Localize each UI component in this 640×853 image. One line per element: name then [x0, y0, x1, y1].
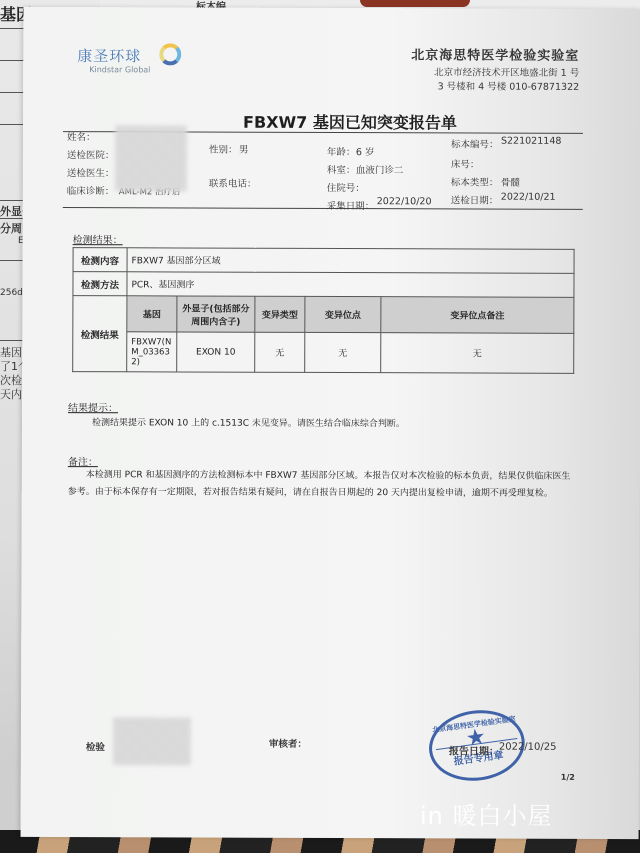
table-row: FBXW7(NM_033632) EXON 10 无 无 无	[73, 332, 574, 374]
notes-line-2: 参考。由于标本保存有一定期限，若对报告结果有疑问，请在自报告日期起的 20 天内…	[68, 484, 553, 503]
specimen-type-label: 标本类型：	[451, 174, 499, 188]
method-label: 检测方法	[73, 272, 127, 296]
red-object	[360, 0, 470, 7]
specimen-no-value: S221021148	[501, 136, 561, 147]
phone-label: 联系电话：	[209, 176, 257, 190]
logo-cn: 康圣环球	[77, 45, 150, 66]
submit-date-value: 2022/10/21	[501, 192, 556, 203]
watermark: in 暖白小屋	[420, 796, 553, 831]
report-date-label: 报告日期：	[449, 742, 499, 757]
notes-label: 备注：	[68, 453, 98, 468]
result-label: 检测结果	[73, 296, 127, 372]
hospital-label: 送检医院：	[67, 147, 115, 161]
results-section-label: 检测结果：	[73, 231, 123, 246]
specimen-type-value: 骨髓	[501, 175, 520, 189]
column-header: 变异类型	[255, 296, 305, 332]
name-label: 姓名：	[67, 129, 96, 143]
collect-date-label: 采集日期：	[327, 198, 375, 212]
age-value: 6 岁	[356, 144, 375, 158]
report-paper: 康圣环球 Kindstar Global 北京海思特医学检验实验室 北京市经济技…	[21, 7, 640, 839]
department-value: 血液门诊二	[356, 162, 404, 176]
table-row: 检测内容 FBXW7 基因部分区域	[73, 248, 574, 274]
logo-ring-icon	[159, 43, 181, 65]
variant-type-cell: 无	[255, 332, 305, 372]
table-row: 检测方法 PCR、基因测序	[73, 272, 574, 298]
gender-label: 性别：	[209, 142, 238, 156]
content-value: FBXW7 基因部分区域	[127, 248, 574, 274]
bed-label: 床号：	[451, 156, 480, 170]
company-logo: 康圣环球 Kindstar Global	[77, 45, 150, 74]
notes-line-1: 本检测用 PCR 和基因测序的方法检测标本中 FBXW7 基因部分区域。本报告仅…	[86, 467, 571, 486]
reviewer-label: 审核者：	[269, 736, 307, 750]
column-header: 基因	[127, 296, 177, 332]
column-header: 变异位点备注	[381, 297, 574, 334]
tester-label: 检验	[86, 739, 105, 753]
gender-value: 男	[239, 142, 249, 156]
inpatient-label: 住院号：	[327, 180, 365, 194]
variant-site-cell: 无	[305, 332, 381, 372]
doctor-label: 送检医生：	[67, 165, 115, 179]
method-value: PCR、基因测序	[127, 272, 574, 298]
lab-info: 北京海思特医学检验实验室 北京市经济技术开区地盛北街 1 号 3 号楼和 4 号…	[411, 44, 579, 95]
conclusion-text: 检测结果提示 EXON 10 上的 c.1513C 未见变异。请医生结合临床综合…	[92, 415, 405, 433]
lab-name: 北京海思特医学检验实验室	[411, 44, 579, 64]
department-label: 科室：	[327, 162, 356, 176]
variant-note-cell: 无	[381, 333, 574, 374]
age-label: 年龄：	[327, 144, 356, 158]
report-title: FBXW7 基因已知突变报告单	[243, 110, 457, 134]
submit-date-label: 送检日期：	[451, 192, 499, 206]
logo-en: Kindstar Global	[89, 65, 150, 74]
exon-cell: EXON 10	[177, 332, 255, 372]
gene-cell: FBXW7(NM_033632)	[127, 332, 177, 372]
column-header: 外显子(包括部分周围内含子)	[177, 296, 255, 332]
page-number: 1/2	[561, 773, 575, 782]
divider	[63, 207, 583, 210]
lab-address-1: 北京市经济技术开区地盛北街 1 号	[411, 66, 579, 81]
conclusion-label: 结果提示：	[68, 399, 118, 414]
diagnosis-label: 临床诊断：	[67, 183, 115, 197]
redacted-area	[115, 125, 187, 191]
results-table: 检测内容 FBXW7 基因部分区域 检测方法 PCR、基因测序 检测结果 基因 …	[72, 247, 574, 374]
content-label: 检测内容	[73, 248, 127, 272]
table-header-row: 检测结果 基因 外显子(包括部分周围内含子) 变异类型 变异位点 变异位点备注	[73, 296, 574, 334]
lab-address-2: 3 号楼和 4 号楼 010-67871322	[411, 80, 579, 95]
collect-date-value: 2022/10/20	[377, 196, 432, 207]
redacted-signature	[113, 717, 191, 765]
specimen-no-label: 标本编号：	[451, 136, 499, 150]
report-date-value: 2022/10/25	[499, 742, 557, 753]
column-header: 变异位点	[305, 296, 381, 332]
